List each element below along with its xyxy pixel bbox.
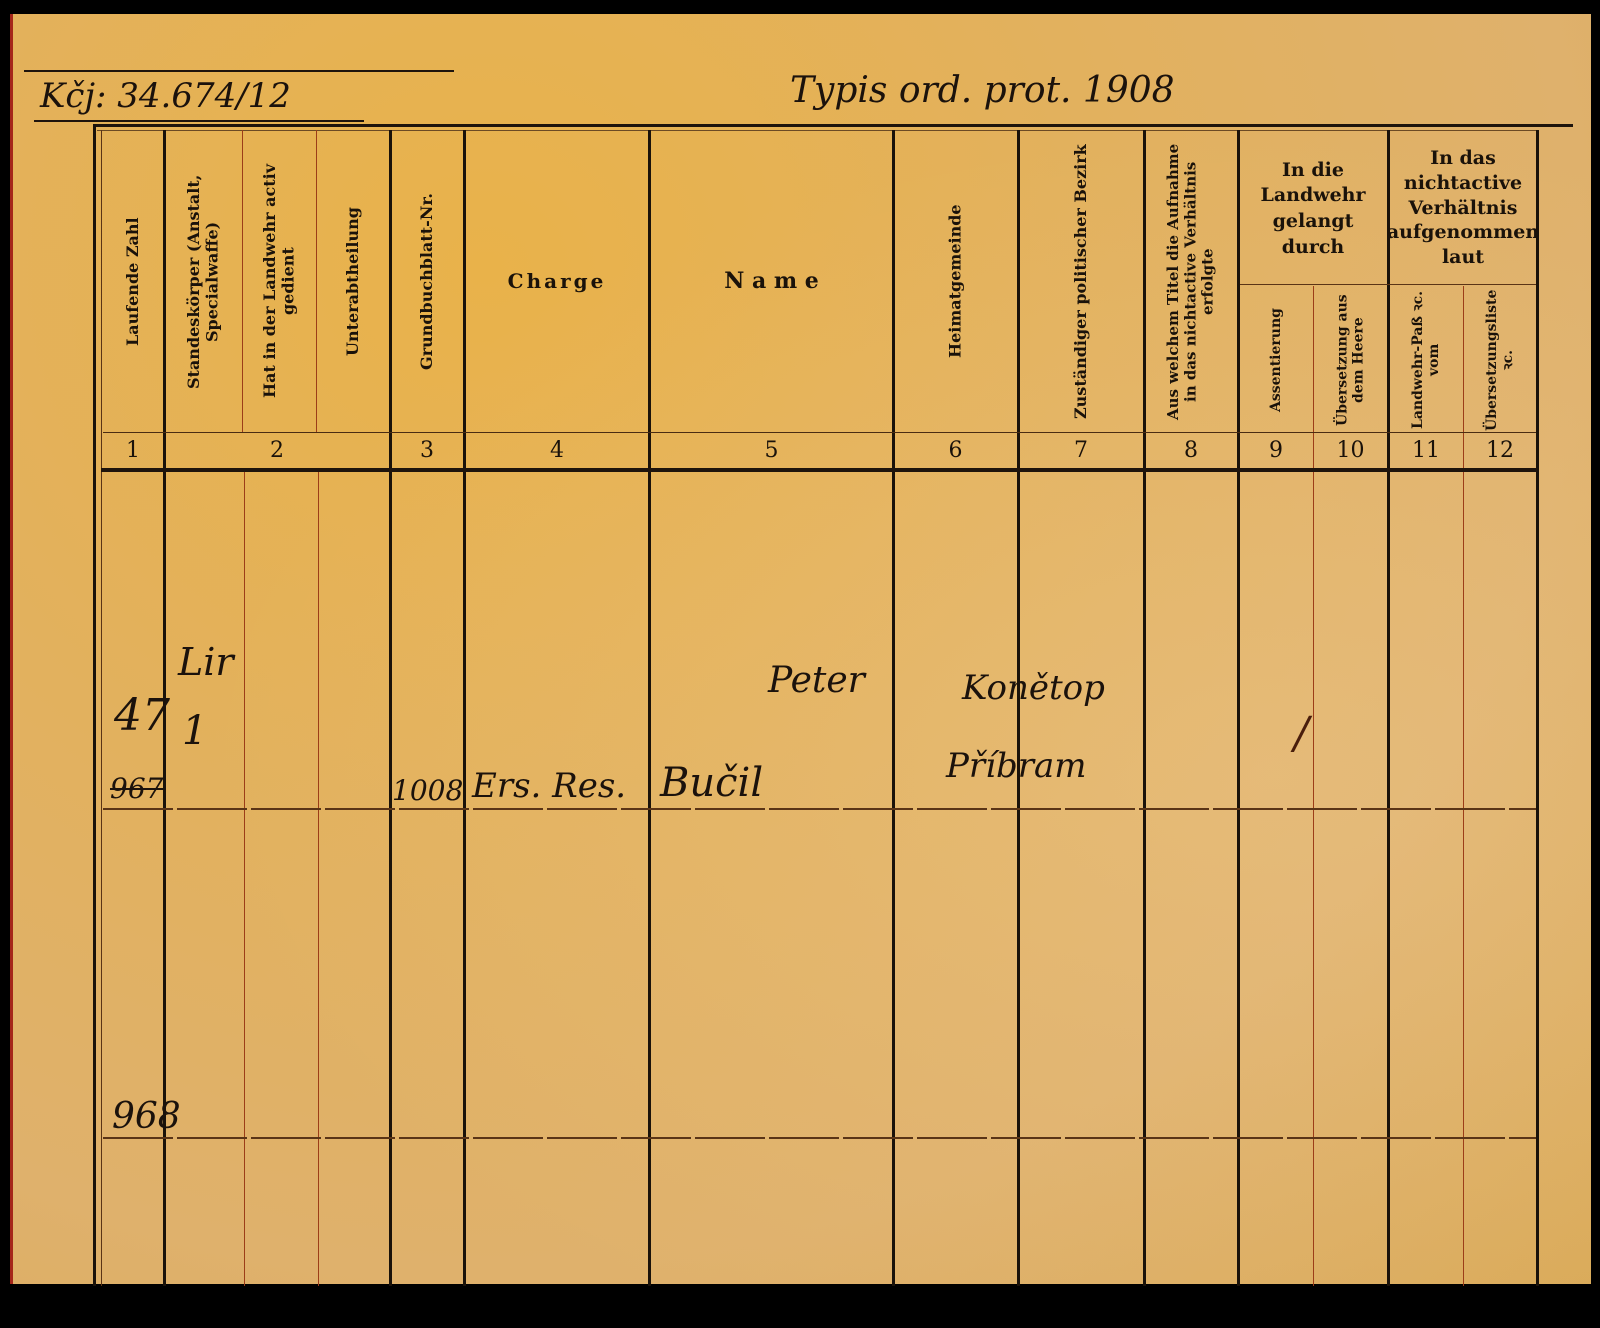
entry-laufende-zahl: 47	[114, 690, 170, 741]
header-landwehr-activ: Hat in der Landwehr activ gedient	[244, 134, 315, 429]
col-divider-thin	[244, 470, 245, 1286]
col-number: 9	[1240, 436, 1312, 466]
header-grundbuchblatt: Grundbuchblatt-Nr.	[392, 134, 462, 429]
col-number: 5	[651, 436, 892, 466]
header-bezirk: Zuständiger politischer Bezirk	[1020, 134, 1142, 429]
header-aufnahme-titel: Aus welchem Titel die Aufnahme in das ni…	[1146, 134, 1236, 429]
entry-charge: Ers. Res.	[472, 766, 626, 806]
col-number: 4	[466, 436, 648, 466]
table-top-border-inner	[97, 130, 1537, 131]
col-number: 8	[1146, 436, 1236, 466]
entry-laufende-zahl-struck: 967	[110, 772, 163, 805]
entry-heimatgemeinde: Konětop	[962, 668, 1105, 708]
entry-standeskoerper: Lir	[178, 640, 234, 684]
col-divider-thin	[318, 470, 319, 1286]
col-number: 7	[1020, 436, 1142, 466]
header-uebersetzungsliste: Übersetzungsliste ꝛc.	[1465, 290, 1535, 430]
entry-name: Bučil	[660, 760, 763, 806]
entry-bezirk: Příbram	[946, 746, 1087, 786]
header-thick-rule	[101, 468, 1537, 472]
header-uebersetzung-heere: Übersetzung aus dem Heere	[1315, 290, 1386, 430]
entry-vorname: Peter	[768, 660, 865, 701]
col-number: 6	[895, 436, 1016, 466]
col-divider-thin	[1463, 286, 1464, 1286]
row-rule	[103, 808, 1536, 810]
header-unterabtheilung: Unterabtheilung	[318, 134, 388, 429]
table-top-border	[93, 124, 1573, 127]
header-assentierung: Assentierung	[1240, 290, 1312, 430]
header-heimatgemeinde: Heimatgemeinde	[895, 134, 1016, 429]
reference-underline	[34, 120, 364, 122]
col-divider-thin	[316, 130, 317, 432]
col-number: 10	[1315, 436, 1386, 466]
header-bottom-rule	[103, 432, 1536, 433]
header-landwehr-pass: Landwehr-Paß ꝛc. vom	[1390, 290, 1462, 430]
header-note: Typis ord. prot. 1908	[790, 70, 1175, 111]
header-group-landwehr: In die Landwehr gelangt durch	[1240, 134, 1386, 284]
col-divider-thin	[1313, 286, 1314, 1286]
header-name: N a m e	[651, 134, 892, 429]
table-left-border	[93, 124, 96, 1286]
table-right-border	[1536, 130, 1539, 1286]
reference-number: Kčj: 34.674/12	[40, 76, 291, 116]
header-group-nichtactive: In das nichtactive Verhältnis aufgenomme…	[1390, 132, 1536, 284]
row-rule	[103, 1137, 1536, 1139]
header-charge: Charge	[466, 134, 648, 429]
group-header-rule	[1240, 284, 1536, 285]
col-number: 2	[166, 436, 388, 466]
col-number: 12	[1465, 436, 1535, 466]
entry-standeskoerper-2: 1	[182, 708, 207, 754]
entry-laufende-zahl: 968	[112, 1096, 181, 1137]
entry-assentierung: /	[1294, 708, 1309, 759]
top-rule-left	[24, 70, 454, 72]
header-standeskoerper: Standeskörper (Anstalt, Specialwaffe)	[166, 134, 241, 429]
col-divider-thin	[242, 130, 243, 432]
entry-grundbuchblatt: 1008	[392, 774, 463, 807]
header-laufende-zahl: Laufende Zahl	[104, 134, 162, 429]
table-left-inner	[101, 130, 102, 1286]
col-number: 3	[392, 436, 462, 466]
col-number: 1	[104, 436, 162, 466]
col-number: 11	[1390, 436, 1462, 466]
